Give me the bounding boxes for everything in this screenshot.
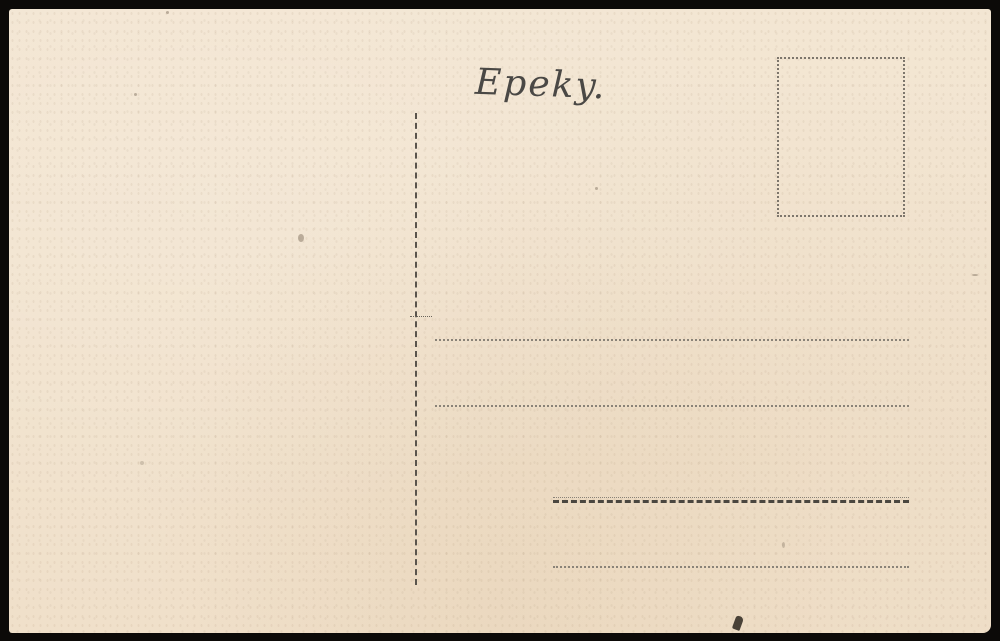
center-divider-line [415,113,417,585]
handwritten-note: Epeky. [474,65,607,106]
paper-speck [972,274,978,276]
paper-speck [134,93,137,96]
paper-stain [298,234,304,242]
paper-speck [782,542,785,548]
scan-frame: Epeky. [0,0,1000,641]
address-line-2 [435,405,909,407]
address-line-3-top [553,497,909,498]
divider-tick-mark [410,316,432,317]
address-line-4 [553,566,909,568]
address-line-3 [553,500,909,503]
address-line-1 [435,339,909,341]
paper-speck [595,187,598,190]
paper-speck [166,11,169,14]
postcard-back: Epeky. [9,9,991,633]
ink-mark [732,615,744,631]
stamp-placement-box [777,57,905,217]
paper-speck [140,461,144,465]
